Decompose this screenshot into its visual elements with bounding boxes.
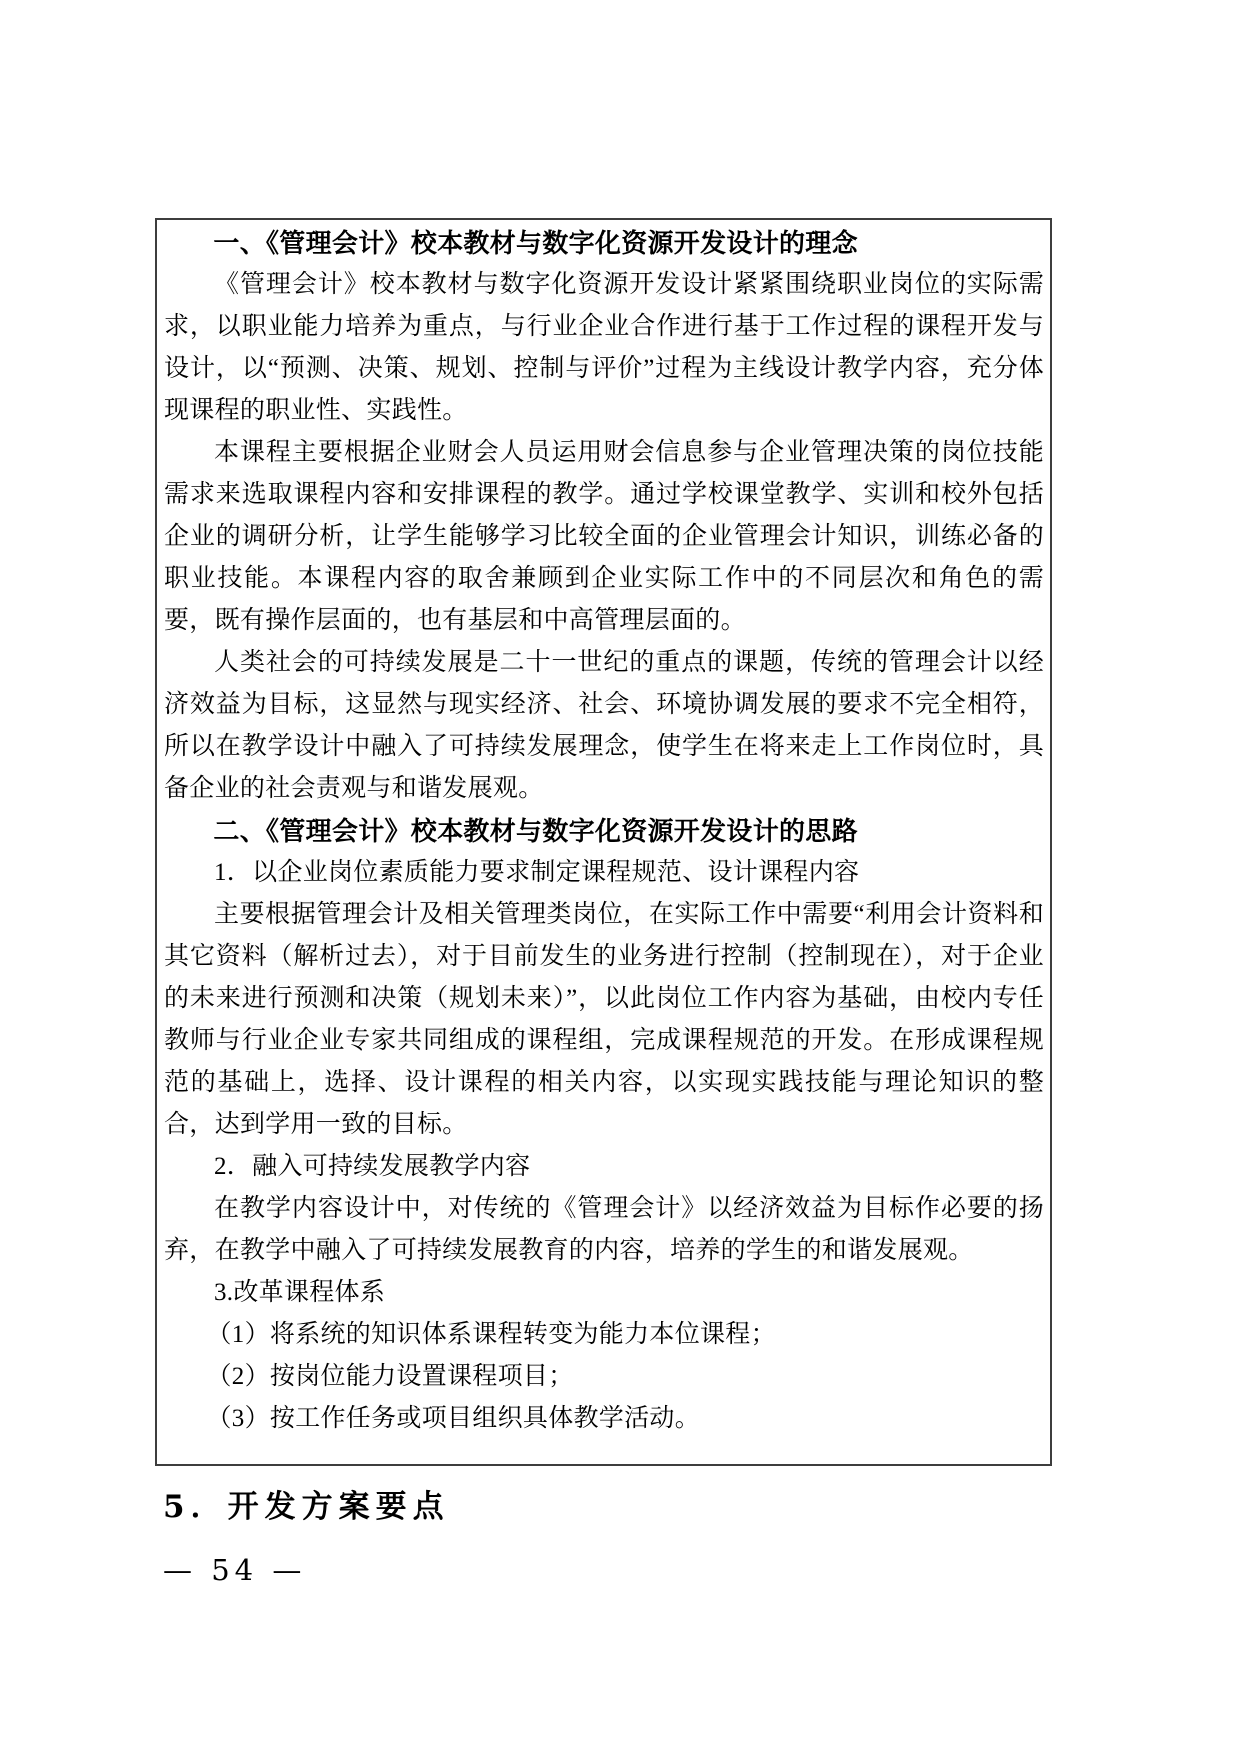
list-item: （2）按岗位能力设置课程项目； xyxy=(164,1356,1044,1398)
document-page: 一、《管理会计》校本教材与数字化资源开发设计的理念 《管理会计》校本教材与数字化… xyxy=(0,0,1240,1753)
paragraph: 人类社会的可持续发展是二十一世纪的重点的课题，传统的管理会计以经济效益为目标，这… xyxy=(164,642,1044,810)
paragraph: 主要根据管理会计及相关管理类岗位，在实际工作中需要“利用会计资料和其它资料（解析… xyxy=(164,894,1044,1146)
content-box: 一、《管理会计》校本教材与数字化资源开发设计的理念 《管理会计》校本教材与数字化… xyxy=(155,218,1052,1466)
paragraph: 《管理会计》校本教材与数字化资源开发设计紧紧围绕职业岗位的实际需求，以职业能力培… xyxy=(164,264,1044,432)
subheading-1: 1．以企业岗位素质能力要求制定课程规范、设计课程内容 xyxy=(164,852,1044,894)
page-number: — 54 — xyxy=(163,1553,306,1587)
subheading-3: 3.改革课程体系 xyxy=(164,1272,1044,1314)
section-heading-2: 二、《管理会计》校本教材与数字化资源开发设计的思路 xyxy=(164,810,1044,852)
section-heading-1: 一、《管理会计》校本教材与数字化资源开发设计的理念 xyxy=(164,222,1044,264)
paragraph: 本课程主要根据企业财会人员运用财会信息参与企业管理决策的岗位技能需求来选取课程内… xyxy=(164,432,1044,642)
list-item: （3）按工作任务或项目组织具体教学活动。 xyxy=(164,1398,1044,1440)
section-heading-5: 5．开发方案要点 xyxy=(163,1481,450,1526)
paragraph: 在教学内容设计中，对传统的《管理会计》以经济效益为目标作必要的扬弃，在教学中融入… xyxy=(164,1188,1044,1272)
subheading-2: 2．融入可持续发展教学内容 xyxy=(164,1146,1044,1188)
list-item: （1）将系统的知识体系课程转变为能力本位课程； xyxy=(164,1314,1044,1356)
